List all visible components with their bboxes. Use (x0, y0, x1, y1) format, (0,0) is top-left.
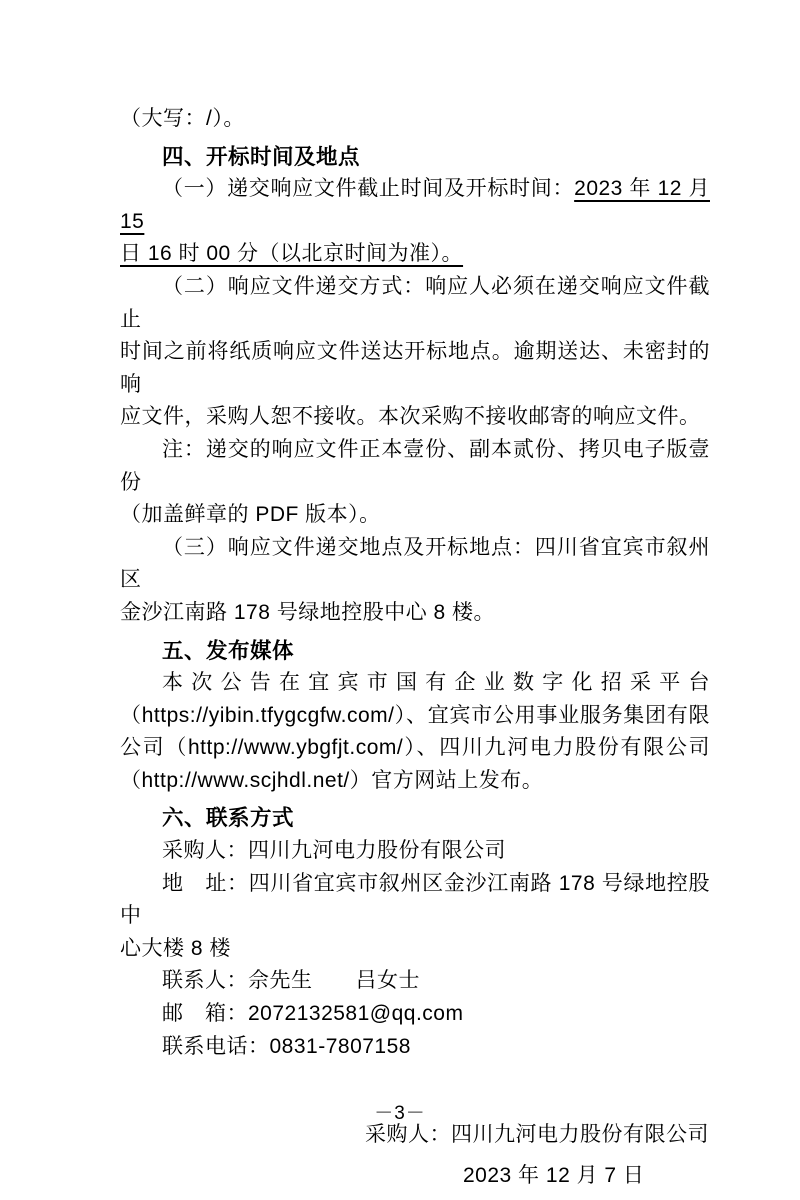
s4-p3-line2: 金沙江南路 178 号绿地控股中心 8 楼。 (120, 597, 710, 630)
s6-contacts-line: 联系人：佘先生 吕女士 (120, 965, 710, 998)
document-page: （大写：/）。 四、开标时间及地点 （一）递交响应文件截止时间及开标时间：202… (0, 0, 800, 1200)
s4-p3-line1: （三）响应文件递交地点及开标地点：四川省宜宾市叙州区 (120, 532, 710, 597)
s6-phone-line: 联系电话：0831-7807158 (120, 1031, 710, 1064)
s4-p2-line1: （二）响应文件递交方式：响应人必须在递交响应文件截止 (120, 271, 710, 336)
s5-p-line2: （https://yibin.tfygcgfw.com/）、宜宾市公用事业服务集… (120, 700, 710, 733)
s4-p1-underline-part2: 日 16 时 00 分（以北京时间为准）。 (120, 242, 463, 265)
s6-address-line2: 心大楼 8 楼 (120, 933, 710, 966)
s4-note-line1: 注：递交的响应文件正本壹份、副本贰份、拷贝电子版壹份 (120, 434, 710, 499)
s5-p-line1: 本次公告在宜宾市国有企业数字化招采平台 (120, 667, 710, 700)
section5-heading: 五、发布媒体 (120, 635, 710, 668)
s5-p-line3: 公司（http://www.ybgfjt.com/）、四川九河电力股份有限公司 (120, 732, 710, 765)
s4-note-line2: （加盖鲜章的 PDF 版本）。 (120, 499, 710, 532)
s4-p1-line1: （一）递交响应文件截止时间及开标时间：2023 年 12 月 15 (120, 173, 710, 238)
carryover-line: （大写：/）。 (120, 103, 710, 136)
s6-purchaser-line: 采购人：四川九河电力股份有限公司 (120, 835, 710, 868)
s5-p-line4: （http://www.scjhdl.net/）官方网站上发布。 (120, 765, 710, 798)
s4-p2-line2: 时间之前将纸质响应文件送达开标地点。逾期送达、未密封的响 (120, 336, 710, 401)
section4-heading: 四、开标时间及地点 (120, 141, 710, 174)
s6-email-line: 邮 箱：2072132581@qq.com (120, 998, 710, 1031)
s4-p1-line2: 日 16 时 00 分（以北京时间为准）。 (120, 238, 710, 271)
signature-date: 2023 年 12 月 7 日 (463, 1160, 710, 1193)
s6-address-line1: 地 址：四川省宜宾市叙州区金沙江南路 178 号绿地控股中 (120, 868, 710, 933)
s4-p2-line3: 应文件，采购人恕不接收。本次采购不接收邮寄的响应文件。 (120, 401, 710, 434)
s4-p1-pre: （一）递交响应文件截止时间及开标时间： (162, 177, 574, 200)
page-number: －3－ (0, 1098, 800, 1130)
section6-heading: 六、联系方式 (120, 802, 710, 835)
